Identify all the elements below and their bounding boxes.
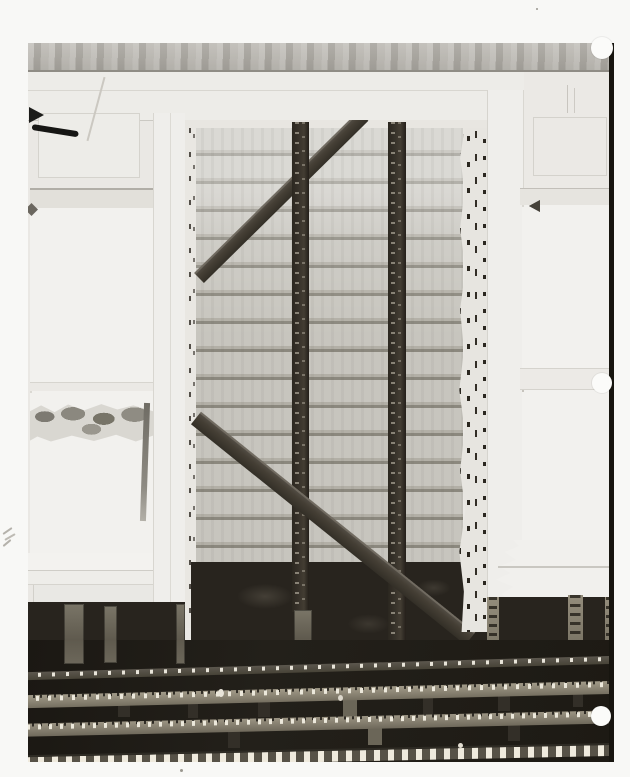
hole-punch — [592, 373, 612, 393]
underwall-post — [104, 606, 117, 663]
opening-left-plaster-edge — [185, 128, 196, 628]
photograph — [28, 43, 614, 762]
right-window-head-panel — [533, 117, 607, 176]
hole-punch — [591, 37, 613, 59]
paint-chip — [338, 695, 343, 701]
window-pane — [30, 391, 32, 393]
hole-punch — [591, 706, 611, 726]
left-window-meeting-rail — [30, 382, 153, 391]
sheathing-boards — [191, 128, 463, 570]
paper-speck — [180, 769, 183, 772]
left-window-casing — [153, 113, 185, 602]
wall-trim-line — [567, 85, 568, 113]
furring-strip — [568, 595, 583, 645]
paper-speck — [536, 8, 538, 10]
right-window-casing — [487, 90, 524, 600]
wall-stud-left — [292, 122, 309, 612]
right-window-upper-sash — [522, 205, 614, 368]
wall-trim-line — [574, 88, 575, 113]
paint-chip — [218, 689, 224, 697]
right-window-lower-sash — [522, 390, 614, 540]
ceiling-band — [28, 43, 614, 72]
opening-bottom-cavity — [191, 562, 487, 648]
left-window-head-panel — [38, 113, 140, 178]
underwall-post — [64, 604, 84, 664]
underwall-post — [176, 604, 185, 664]
dark-mark-triangle — [29, 107, 44, 123]
window-pane — [522, 390, 524, 392]
photo-mount-paper — [0, 0, 630, 777]
right-window-sill-shadow — [498, 566, 614, 568]
left-window-upper-sash — [30, 208, 153, 382]
paint-chip — [458, 743, 463, 748]
wall-opening — [185, 120, 492, 648]
triangle-shadow — [529, 200, 540, 212]
left-window-top-rail — [30, 188, 153, 208]
pencil-squiggle-mark — [3, 539, 12, 547]
window-pane — [522, 205, 524, 207]
window-pane — [30, 208, 32, 210]
left-casing-trim-line — [170, 113, 171, 602]
